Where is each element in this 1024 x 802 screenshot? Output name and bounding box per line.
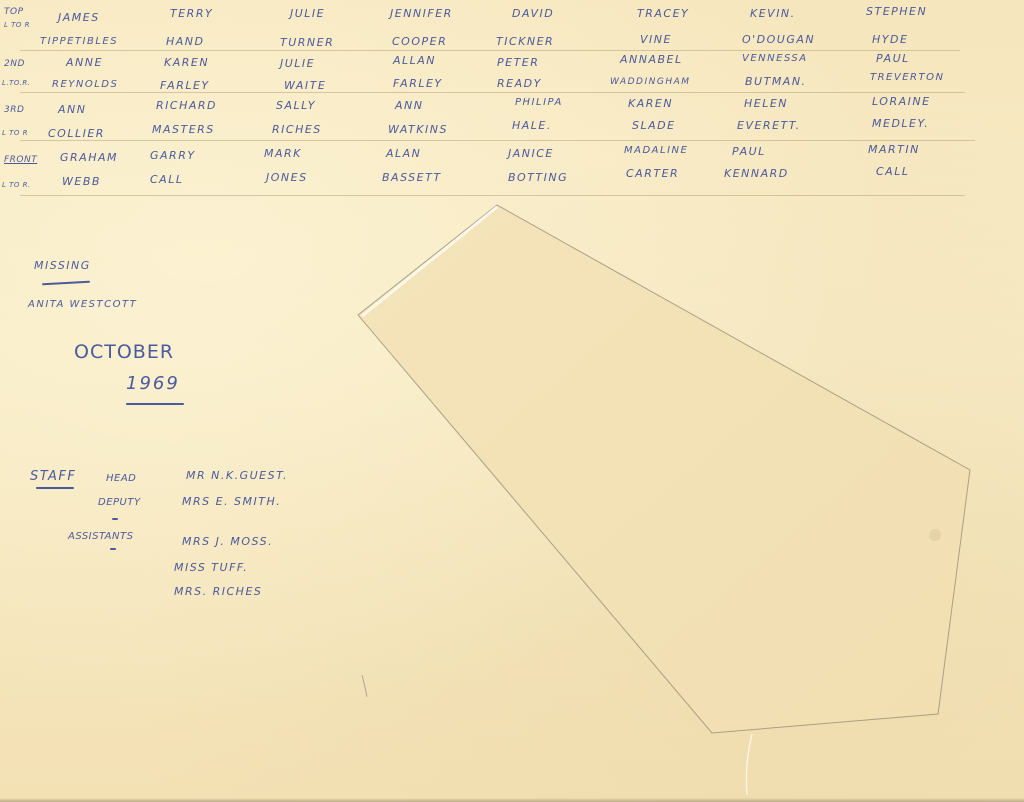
photo-mount-card: TOP L TO R JAMES TERRY JULIE JENNIFER DA… xyxy=(0,0,1024,802)
card-bottom-edge xyxy=(0,798,1024,802)
photo-cutout xyxy=(0,0,1024,802)
